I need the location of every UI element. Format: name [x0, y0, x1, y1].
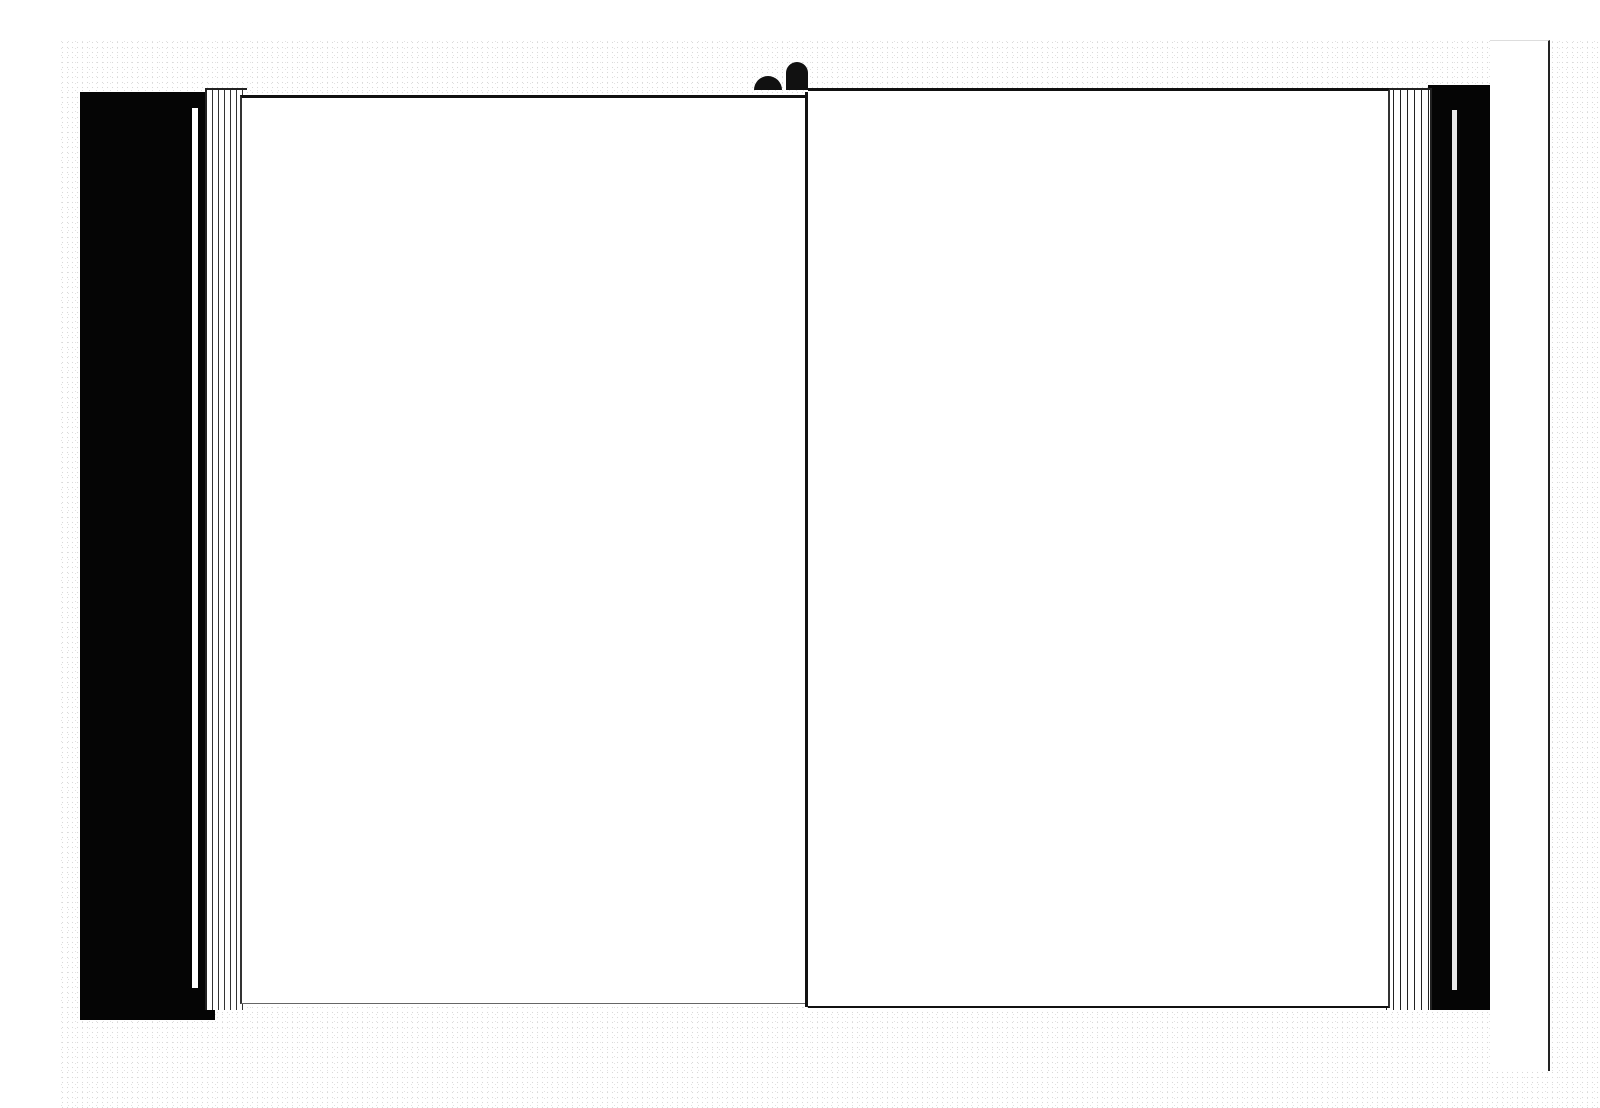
- cover-highlight: [192, 108, 198, 988]
- book-gutter: [805, 92, 808, 1007]
- back-cover-board: [1490, 40, 1550, 1071]
- back-cover-edge: [1428, 85, 1490, 1010]
- left-page: [240, 95, 810, 1004]
- right-page: [808, 88, 1390, 1008]
- spine-headband: [748, 50, 818, 90]
- cover-highlight: [1452, 110, 1457, 990]
- background-margin: [0, 0, 60, 1108]
- background-margin: [0, 0, 1600, 40]
